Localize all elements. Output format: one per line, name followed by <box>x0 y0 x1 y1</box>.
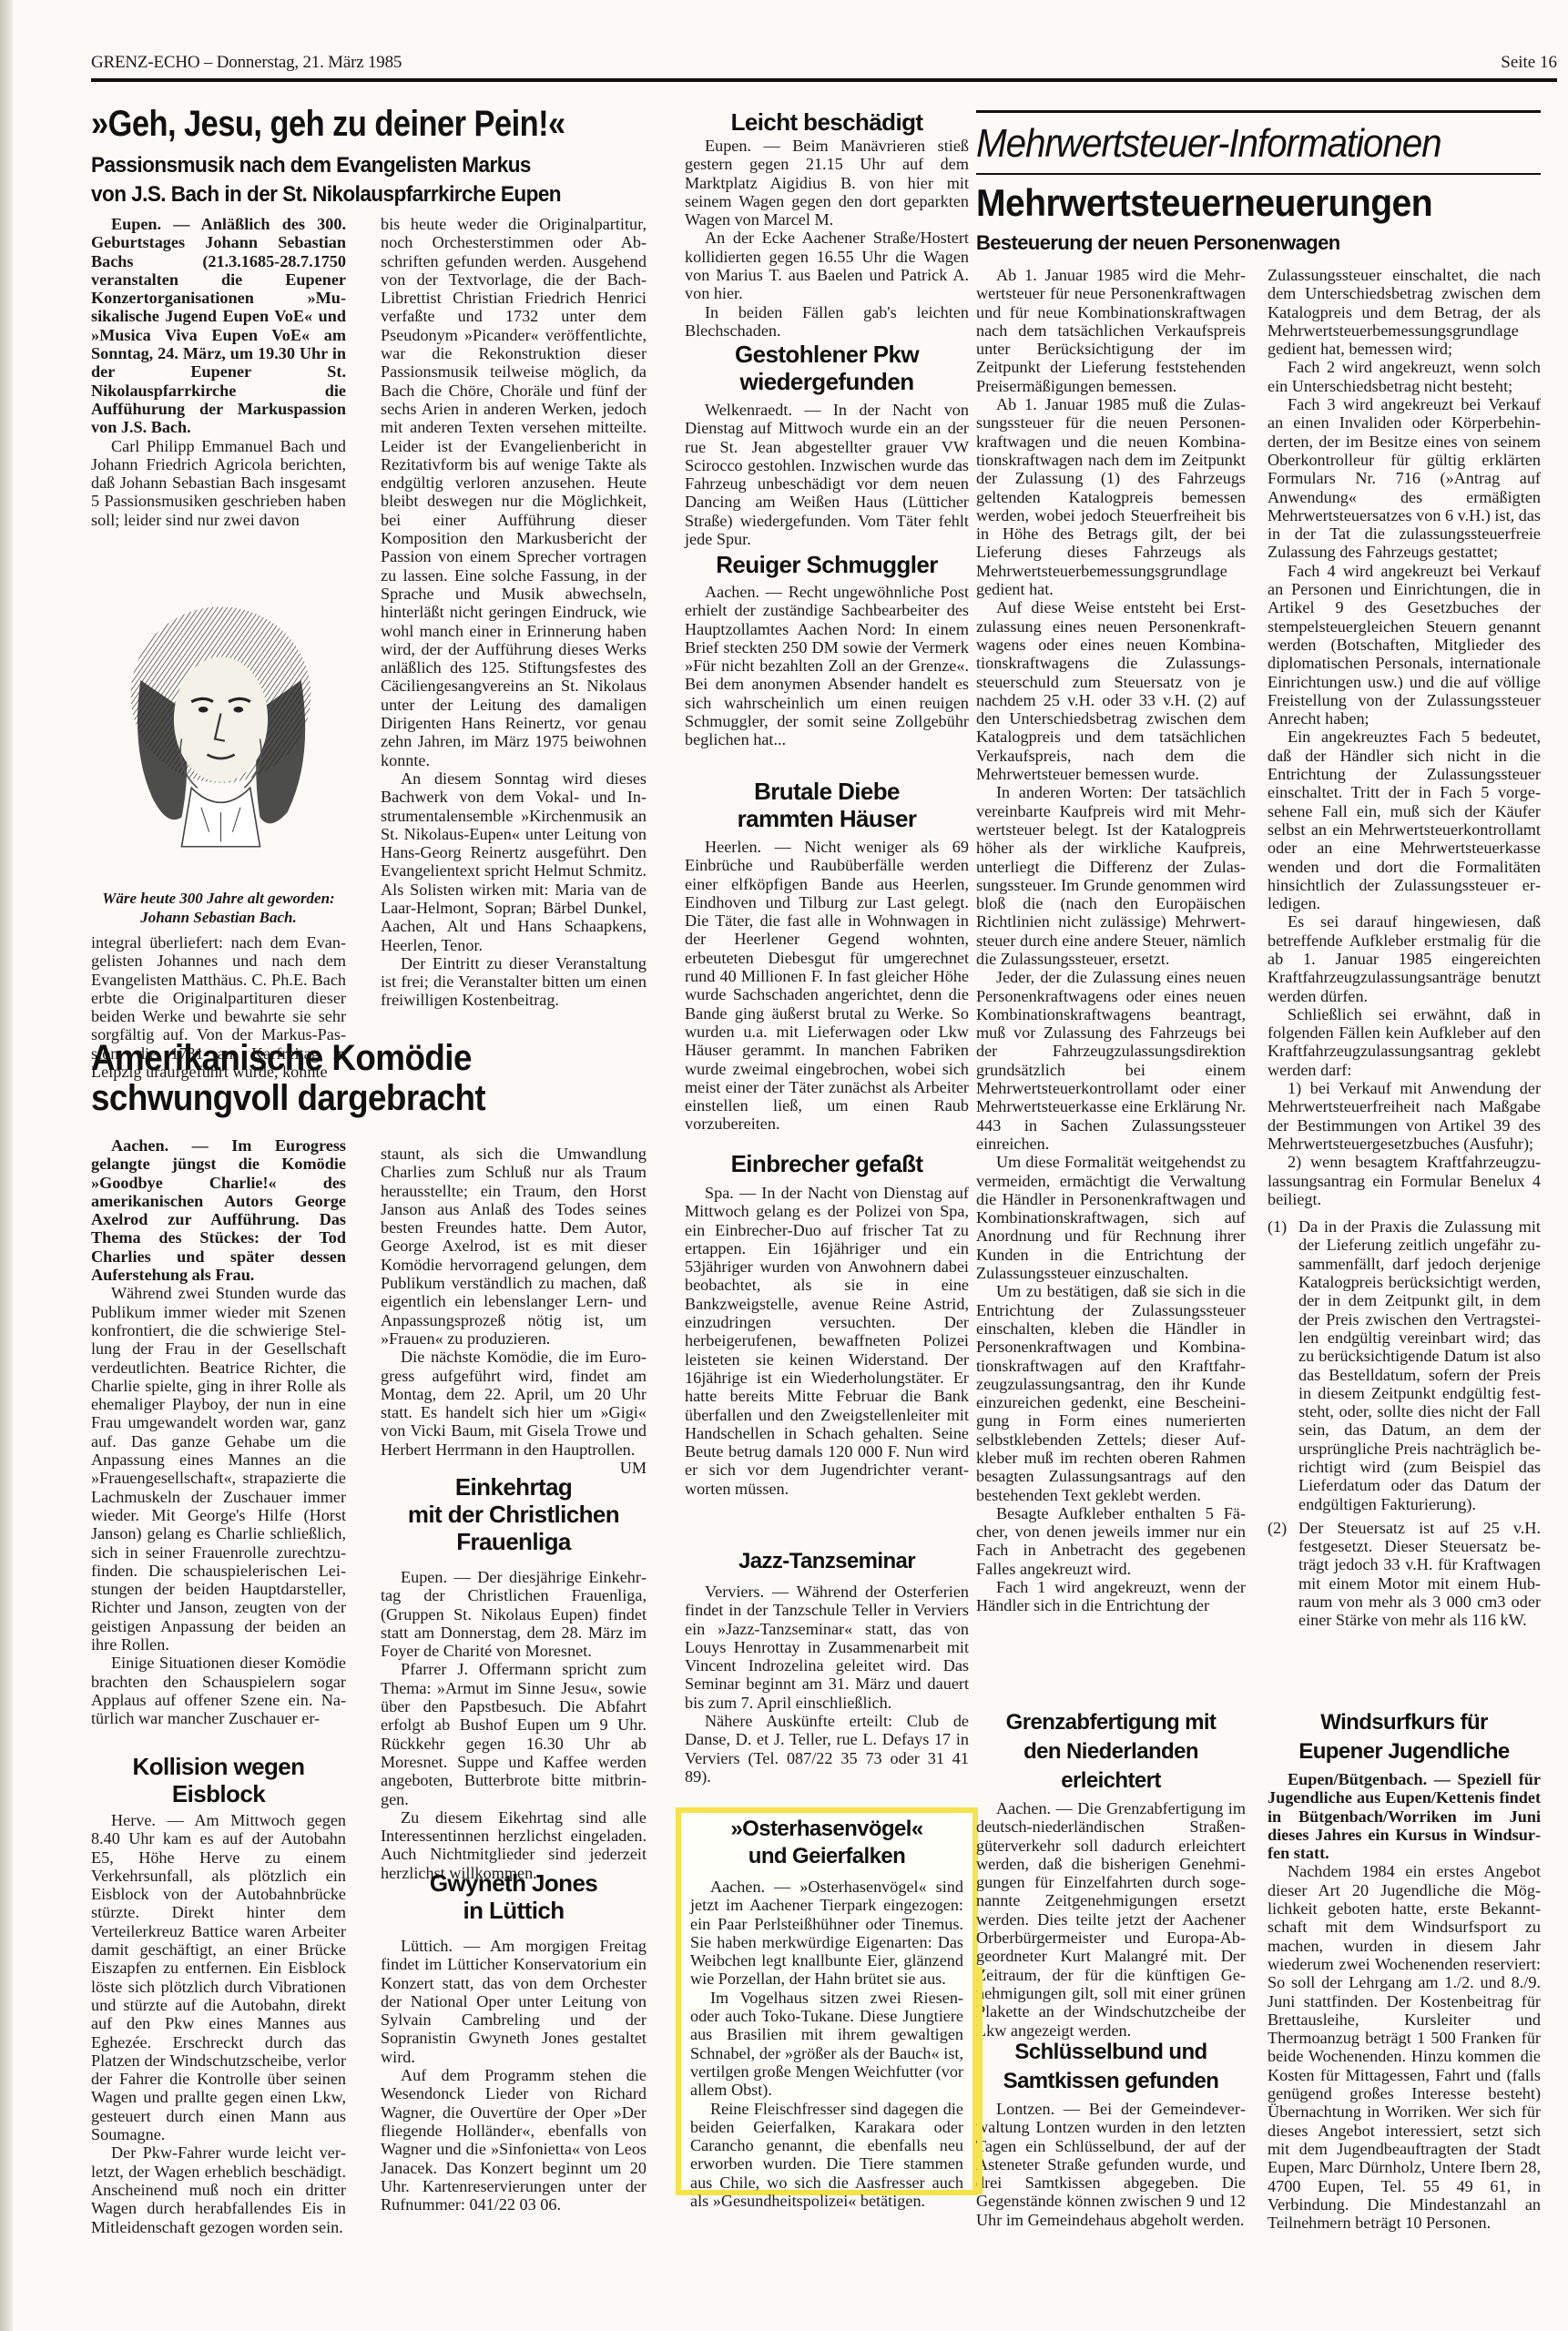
lead-paragraph: Aachen. — Im Eurogress gelangte jüngst d… <box>91 1136 346 1284</box>
paragraph: Jeder, der die Zulassung eines neuen Per… <box>976 968 1246 1153</box>
article-komoedie-headline: Amerikanische Komödie schwungvoll dargeb… <box>91 1038 656 1118</box>
paragraph: Lontzen. — Bei der Gemeindever­waltung L… <box>976 2100 1246 2229</box>
masthead: GRENZ-ECHO – Donnerstag, 21. März 1985 S… <box>91 47 1557 75</box>
paragraph: staunt, als sich die Umwandlung Charlies… <box>381 1145 647 1348</box>
paragraph: Fach 3 wird angekreuzt bei Verkauf an ei… <box>1268 395 1541 562</box>
masthead-rule <box>91 78 1557 82</box>
headline: »Geh, Jesu, geh zu deiner Pein!« <box>91 102 569 146</box>
paragraph: Fach 4 wird angekreuzt bei Verkauf an Pe… <box>1268 562 1541 728</box>
paragraph: bis heute weder die Originalpartitur, no… <box>381 215 647 769</box>
paragraph: Heerlen. — Nicht weniger als 69 Einbrüch… <box>685 838 969 1134</box>
paragraph: 2) wenn besagtem Kraftfahrzeugzu­lassung… <box>1268 1153 1541 1208</box>
article-gestohlener-pkw: Gestohlener Pkw wiedergefunden Welkenrae… <box>685 341 969 548</box>
paragraph: Aachen. — Die Grenzabfertigung im deutsc… <box>976 1799 1246 2040</box>
paragraph: Auf dem Programm stehen die Wesendonck L… <box>381 2066 647 2214</box>
paragraph: Aachen. — »Osterhasenvögel« sind jetzt i… <box>690 1878 963 1989</box>
lead-paragraph: Eupen. — Anläßlich des 300. Geburtstages… <box>91 215 346 437</box>
paragraph: Der Pkw-Fahrer wurde leicht ver­letzt, d… <box>91 2143 346 2235</box>
subheadline: von J.S. Bach in der St. Nikolauspfarrki… <box>91 180 602 209</box>
paragraph: Der Eintritt zu dieser Veranstaltung ist… <box>381 954 647 1010</box>
paragraph: Besagte Aufkleber enthalten 5 Fä­cher, v… <box>976 1504 1246 1578</box>
paragraph: Verviers. — Während der Osterfe­rien fin… <box>685 1583 969 1712</box>
article-schluesselbund: Schlüsselbund und Samtkissen gefunden Lo… <box>976 2038 1246 2229</box>
subheadline: Passionsmusik nach dem Evangelisten Mark… <box>91 151 602 180</box>
paragraph: Eupen. — Der diesjährige Einkehr­tag der… <box>381 1568 647 1660</box>
article-jazz-tanzseminar: Jazz-Tanzseminar Verviers. — Während der… <box>685 1548 969 1786</box>
article-mwst-headline: Mehrwertsteuerneuerungen Besteuerung der… <box>976 180 1559 257</box>
paragraph: Auf diese Weise entsteht bei Erst­zulass… <box>976 598 1246 783</box>
paragraph: In anderen Worten: Der tatsächlich verei… <box>976 783 1246 968</box>
paragraph: Um diese Formalität weitgehendst zu verm… <box>976 1153 1246 1282</box>
newspaper-dateline: GRENZ-ECHO – Donnerstag, 21. März 1985 <box>91 53 402 73</box>
article-brutale-diebe: Brutale Diebe rammten Häuser Heerlen. — … <box>685 778 969 1134</box>
mwst-column-2: Zulassungssteuer einschaltet, die nach d… <box>1268 266 1541 1630</box>
bach-column-2: bis heute weder die Originalpartitur, no… <box>381 215 647 1010</box>
paragraph: Welkenraedt. — In der Nacht von Dienstag… <box>685 401 969 548</box>
section-rule-bottom <box>976 173 1541 175</box>
paragraph: Ab 1. Januar 1985 muß die Zulas­sungsste… <box>976 395 1246 598</box>
paragraph: Einige Situationen dieser Komödie bracht… <box>91 1654 346 1727</box>
paragraph: Aachen. — Recht ungewöhnliche Post erhie… <box>685 583 969 749</box>
footnote: (1) Da in der Praxis die Zulassung mit d… <box>1268 1217 1541 1513</box>
section-rule-top <box>976 110 1541 113</box>
paragraph: Ab 1. Januar 1985 wird die Mehr­wertsteu… <box>976 266 1246 395</box>
article-windsurfkurs: Windsurfkurs für Eupener Jugendliche Eup… <box>1268 1708 1541 2232</box>
komoedie-column-1: Aachen. — Im Eurogress gelangte jüngst d… <box>91 1136 346 1728</box>
article-grenzabfertigung: Grenzabfertigung mit den Niederlanden er… <box>976 1708 1246 2040</box>
paragraph: Zulassungssteuer einschaltet, die nach d… <box>1268 266 1541 358</box>
article-gwyneth-jones: Gwyneth Jones in Lüttich Lüttich. — Am m… <box>381 1869 647 2214</box>
paragraph: Nachdem 1984 ein erstes Angebot dieser A… <box>1268 1862 1541 2232</box>
bach-column-1: Eupen. — Anläßlich des 300. Geburtstages… <box>91 215 346 529</box>
lead-paragraph: Eupen/Bütgenbach. — Speziell für Jugendl… <box>1268 1770 1541 1862</box>
paragraph: Es sei darauf hingewiesen, daß betreffen… <box>1268 912 1541 1004</box>
section-title-mehrwertsteuer: Mehrwertsteuer-Informationen <box>976 118 1559 169</box>
paragraph: Herve. — Am Mittwoch gegen 8.40 Uhr kam … <box>91 1811 346 2143</box>
paragraph: Pfarrer J. Offermann spricht zum Thema: … <box>381 1660 647 1807</box>
paragraph: An der Ecke Aachener Straße/Ho­stert kol… <box>685 229 969 302</box>
paragraph: In beiden Fällen gab's leichten Blechsch… <box>685 303 969 341</box>
article-leicht-beschaedigt: Leicht beschädigt Eupen. — Beim Manävrie… <box>685 107 969 340</box>
footnotes: (1) Da in der Praxis die Zulassung mit d… <box>1268 1217 1541 1630</box>
page-number: Seite 16 <box>1501 53 1557 73</box>
highlight-bar <box>977 1967 983 2194</box>
komoedie-column-2: staunt, als sich die Umwandlung Charlies… <box>381 1145 647 1477</box>
article-reuiger-schmuggler: Reuiger Schmuggler Aachen. — Recht ungew… <box>685 550 969 749</box>
article-kollision: Kollision wegen Eisblock Herve. — Am Mit… <box>91 1753 346 2236</box>
paragraph: Spa. — In der Nacht von Dienstag auf Mit… <box>685 1184 969 1498</box>
paragraph: Fach 2 wird angekreuzt, wenn solch ein U… <box>1268 358 1541 395</box>
image-caption: Wäre heute 300 Jahre alt geworden: Johan… <box>91 889 346 927</box>
article-osterhasenvoegel: »Osterhasenvögel« und Geierfalken Aachen… <box>690 1816 963 2210</box>
paragraph: Die nächste Komödie, die im Euro­gress a… <box>381 1348 647 1459</box>
paragraph: An diesem Sonntag wird dieses Bachwerk v… <box>381 769 647 954</box>
article-einkehrtag: Einkehrtag mit der Christlichen Frauenli… <box>381 1473 647 1882</box>
paragraph: Lüttich. — Am morgigen Freitag findet im… <box>381 1937 647 2066</box>
paragraph: Nähere Auskünfte erteilt: Club de Danse,… <box>685 1712 969 1786</box>
page-binding-edge <box>0 0 13 2331</box>
paragraph: Ein angekreuztes Fach 5 bedeutet, daß de… <box>1268 728 1541 912</box>
paragraph: Fach 1 wird angekreuzt, wenn der Händler… <box>976 1578 1246 1615</box>
article-einbrecher-gefasst: Einbrecher gefaßt Spa. — In der Nacht vo… <box>685 1149 969 1498</box>
paragraph: Um zu bestätigen, daß sie sich in die En… <box>976 1282 1246 1504</box>
bach-portrait-image <box>123 583 319 856</box>
paragraph: Carl Philipp Emmanuel Bach und Johann Fr… <box>91 437 346 529</box>
paragraph: 1) bei Verkauf mit Anwendung der Mehrwer… <box>1268 1079 1541 1153</box>
footnote: (2) Der Steuersatz ist auf 25 v.H. festg… <box>1268 1519 1541 1630</box>
paragraph: Schließlich sei erwähnt, daß in folgende… <box>1268 1005 1541 1079</box>
mwst-column-1: Ab 1. Januar 1985 wird die Mehr­wertsteu… <box>976 266 1246 1615</box>
article-bach: »Geh, Jesu, geh zu deiner Pein!« Passion… <box>91 102 647 209</box>
paragraph: Während zwei Stunden wurde das Publikum … <box>91 1284 346 1654</box>
paragraph: Eupen. — Beim Manävrieren stieß gestern … <box>685 137 969 229</box>
paragraph: Reine Fleischfresser sind dagegen die be… <box>690 2100 963 2211</box>
paragraph: Im Vogelhaus sitzen zwei Riesen- oder au… <box>690 1989 963 2100</box>
